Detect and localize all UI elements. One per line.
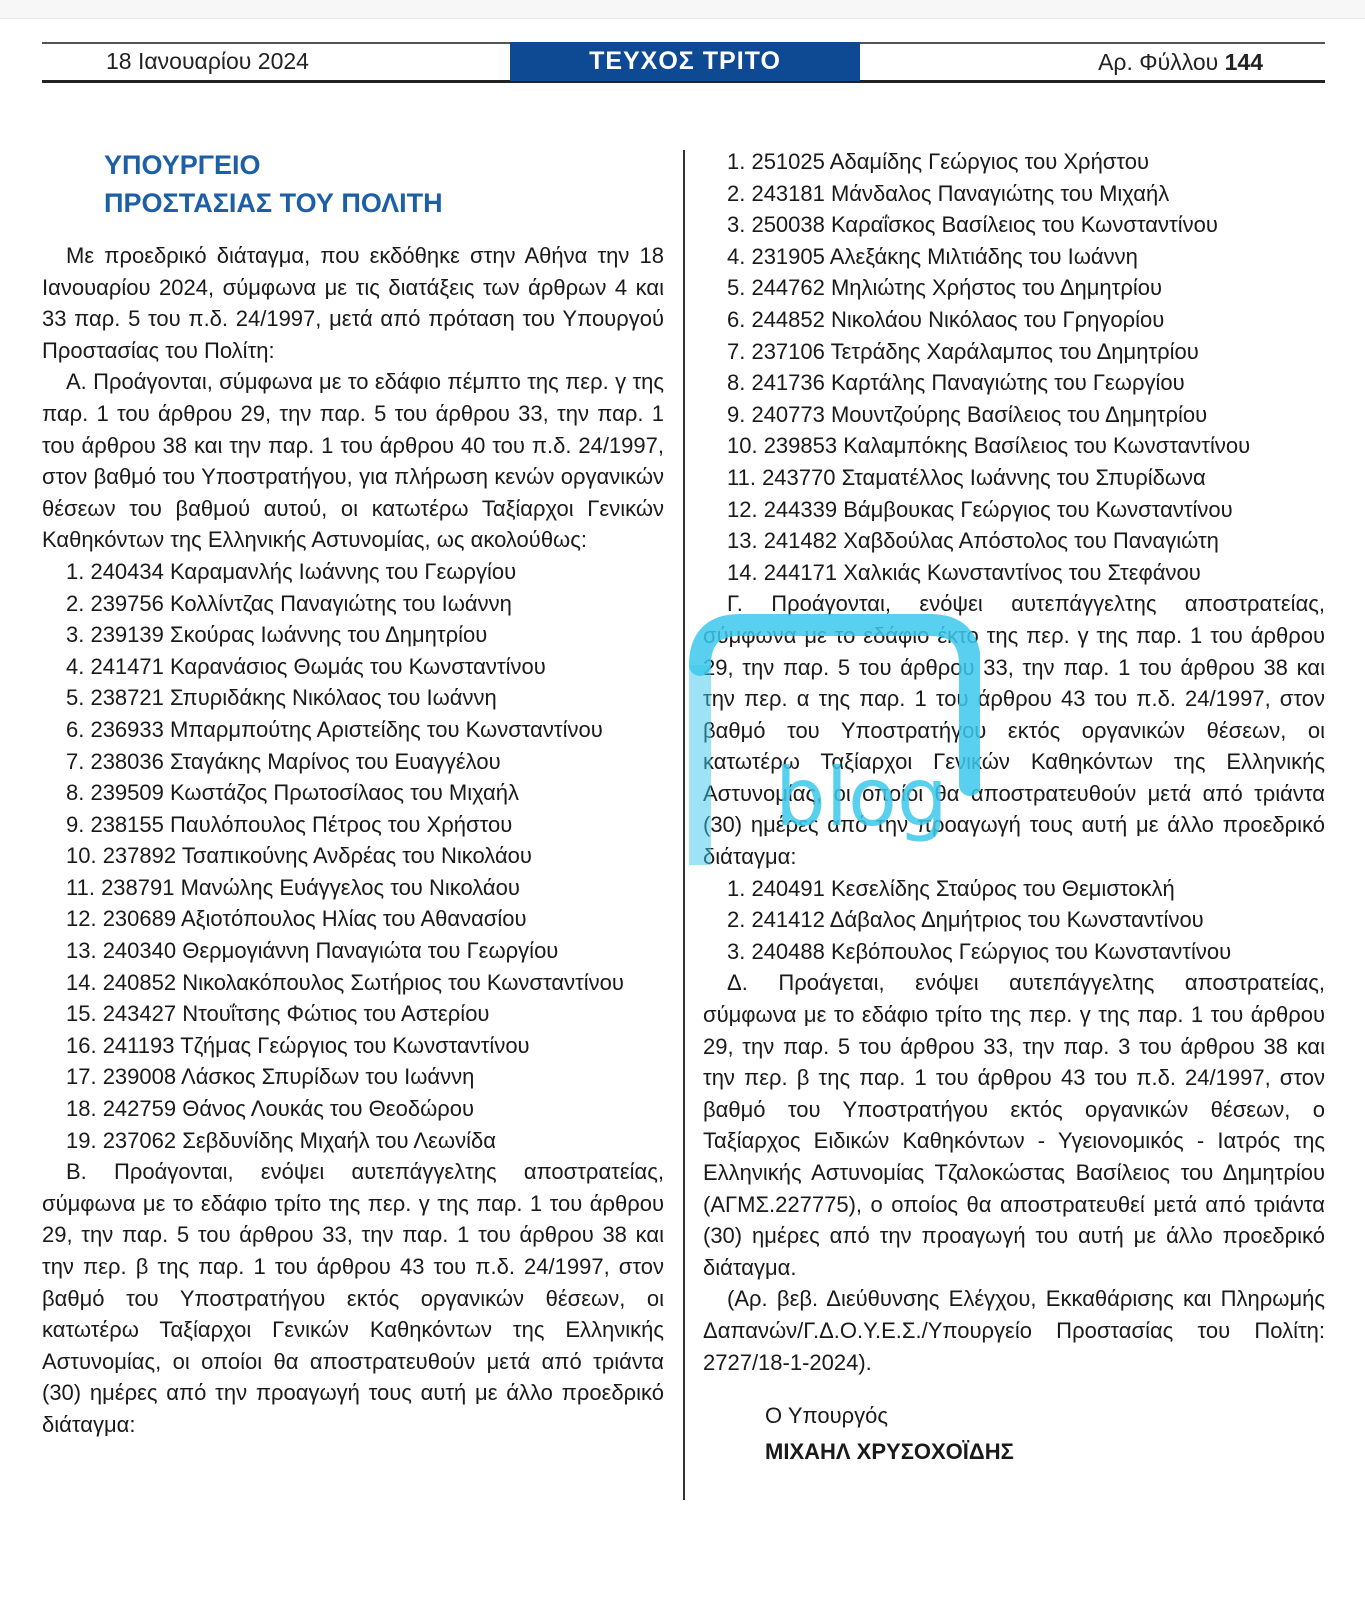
section-d-paragraph: Δ. Προάγεται, ενόψει αυτεπάγγελτης αποστ… xyxy=(703,967,1325,1283)
sheet-number: Αρ. Φύλλου 144 xyxy=(1098,49,1263,76)
certification-note: (Αρ. βεβ. Διεύθυνσης Ελέγχου, Εκκαθάριση… xyxy=(703,1283,1325,1378)
list-item: 4. 241471 Καρανάσιος Θωμάς του Κωνσταντί… xyxy=(42,651,664,683)
column-divider xyxy=(683,150,685,1500)
list-item: 13. 241482 Χαβδούλας Απόστολος του Παναγ… xyxy=(703,525,1325,557)
signature-title: Ο Υπουργός xyxy=(703,1400,1325,1432)
ministry-line-2: ΠΡΟΣΤΑΣΙΑΣ ΤΟΥ ΠΟΛΙΤΗ xyxy=(104,184,443,222)
list-item: 3. 250038 Καραΐσκος Βασίλειος του Κωνστα… xyxy=(703,209,1325,241)
list-item: 11. 243770 Σταματέλλος Ιωάννης του Σπυρί… xyxy=(703,462,1325,494)
list-item: 8. 241736 Καρτάλης Παναγιώτης του Γεωργί… xyxy=(703,367,1325,399)
sheet-number-value: 144 xyxy=(1225,49,1263,75)
list-item: 7. 238036 Σταγάκης Μαρίνος του Ευαγγέλου xyxy=(42,746,664,778)
list-item: 12. 244339 Βάμβουκας Γεώργιος του Κωνστα… xyxy=(703,494,1325,526)
list-item: 14. 244171 Χαλκιάς Κωνσταντίνος του Στεφ… xyxy=(703,557,1325,589)
list-item: 14. 240852 Νικολακόπουλος Σωτήριος του Κ… xyxy=(42,967,664,999)
list-item: 2. 241412 Δάβαλος Δημήτριος του Κωνσταντ… xyxy=(703,904,1325,936)
list-item: 1. 240491 Κεσελίδης Σταύρος του Θεμιστοκ… xyxy=(703,873,1325,905)
section-c-paragraph: Γ. Προάγονται, ενόψει αυτεπάγγελτης αποσ… xyxy=(703,588,1325,872)
left-column: Με προεδρικό διάταγμα, που εκδόθηκε στην… xyxy=(42,240,664,1441)
intro-paragraph: Με προεδρικό διάταγμα, που εκδόθηκε στην… xyxy=(42,240,664,366)
ministry-line-1: ΥΠΟΥΡΓΕΙΟ xyxy=(104,146,443,184)
list-item: 9. 238155 Παυλόπουλος Πέτρος του Χρήστου xyxy=(42,809,664,841)
list-item: 4. 231905 Αλεξάκης Μιλτιάδης του Ιωάννη xyxy=(703,241,1325,273)
list-item: 18. 242759 Θάνος Λουκάς του Θεοδώρου xyxy=(42,1093,664,1125)
list-item: 10. 239853 Καλαμπόκης Βασίλειος του Κωνσ… xyxy=(703,430,1325,462)
gazette-header: 18 Ιανουαρίου 2024 ΤΕΥΧΟΣ ΤΡΙΤΟ Αρ. Φύλλ… xyxy=(42,42,1325,83)
list-item: 6. 236933 Μπαρμπούτης Αριστείδης του Κων… xyxy=(42,714,664,746)
list-item: 13. 240340 Θερμογιάννη Παναγιώτα του Γεω… xyxy=(42,935,664,967)
section-c-list: 1. 240491 Κεσελίδης Σταύρος του Θεμιστοκ… xyxy=(703,873,1325,968)
issue-band: ΤΕΥΧΟΣ ΤΡΙΤΟ xyxy=(510,42,860,81)
top-strip xyxy=(0,0,1365,19)
list-item: 1. 240434 Καραμανλής Ιωάννης του Γεωργίο… xyxy=(42,556,664,588)
right-column: 1. 251025 Αδαμίδης Γεώργιος του Χρήστου2… xyxy=(703,146,1325,1467)
list-item: 3. 239139 Σκούρας Ιωάννης του Δημητρίου xyxy=(42,619,664,651)
list-item: 15. 243427 Ντουΐτσης Φώτιος του Αστερίου xyxy=(42,998,664,1030)
list-item: 7. 237106 Τετράδης Χαράλαμπος του Δημητρ… xyxy=(703,336,1325,368)
list-item: 1. 251025 Αδαμίδης Γεώργιος του Χρήστου xyxy=(703,146,1325,178)
list-item: 9. 240773 Μουντζούρης Βασίλειος του Δημη… xyxy=(703,399,1325,431)
ministry-heading: ΥΠΟΥΡΓΕΙΟ ΠΡΟΣΤΑΣΙΑΣ ΤΟΥ ΠΟΛΙΤΗ xyxy=(104,146,443,222)
list-item: 11. 238791 Μανώλης Ευάγγελος του Νικολάο… xyxy=(42,872,664,904)
list-item: 10. 237892 Τσαπικούνης Ανδρέας του Νικολ… xyxy=(42,840,664,872)
sheet-label: Αρ. Φύλλου xyxy=(1098,49,1218,75)
section-a-paragraph: Α. Προάγονται, σύμφωνα με το εδάφιο πέμπ… xyxy=(42,366,664,556)
list-item: 3. 240488 Κεβόπουλος Γεώργιος του Κωνστα… xyxy=(703,936,1325,968)
signature-name: ΜΙΧΑΗΛ ΧΡΥΣΟΧΟΪΔΗΣ xyxy=(703,1436,1325,1468)
section-a-list: 1. 240434 Καραμανλής Ιωάννης του Γεωργίο… xyxy=(42,556,664,1156)
list-item: 16. 241193 Τζήμας Γεώργιος του Κωνσταντί… xyxy=(42,1030,664,1062)
list-item: 5. 244762 Μηλιώτης Χρήστος του Δημητρίου xyxy=(703,272,1325,304)
list-item: 12. 230689 Αξιοτόπουλος Ηλίας του Αθανασ… xyxy=(42,903,664,935)
list-item: 17. 239008 Λάσκος Σπυρίδων του Ιωάννη xyxy=(42,1061,664,1093)
list-item: 19. 237062 Σεβδυνίδης Μιχαήλ του Λεωνίδα xyxy=(42,1125,664,1157)
list-item: 2. 243181 Μάνδαλος Παναγιώτης του Μιχαήλ xyxy=(703,178,1325,210)
list-item: 2. 239756 Κολλίντζας Παναγιώτης του Ιωάν… xyxy=(42,588,664,620)
section-b-paragraph: Β. Προάγονται, ενόψει αυτεπάγγελτης αποσ… xyxy=(42,1156,664,1440)
list-item: 8. 239509 Κωστάζος Πρωτοσίλαος του Μιχαή… xyxy=(42,777,664,809)
issue-date: 18 Ιανουαρίου 2024 xyxy=(106,48,309,75)
section-b-list: 1. 251025 Αδαμίδης Γεώργιος του Χρήστου2… xyxy=(703,146,1325,588)
list-item: 6. 244852 Νικολάου Νικόλαος του Γρηγορίο… xyxy=(703,304,1325,336)
list-item: 5. 238721 Σπυριδάκης Νικόλαος του Ιωάννη xyxy=(42,682,664,714)
